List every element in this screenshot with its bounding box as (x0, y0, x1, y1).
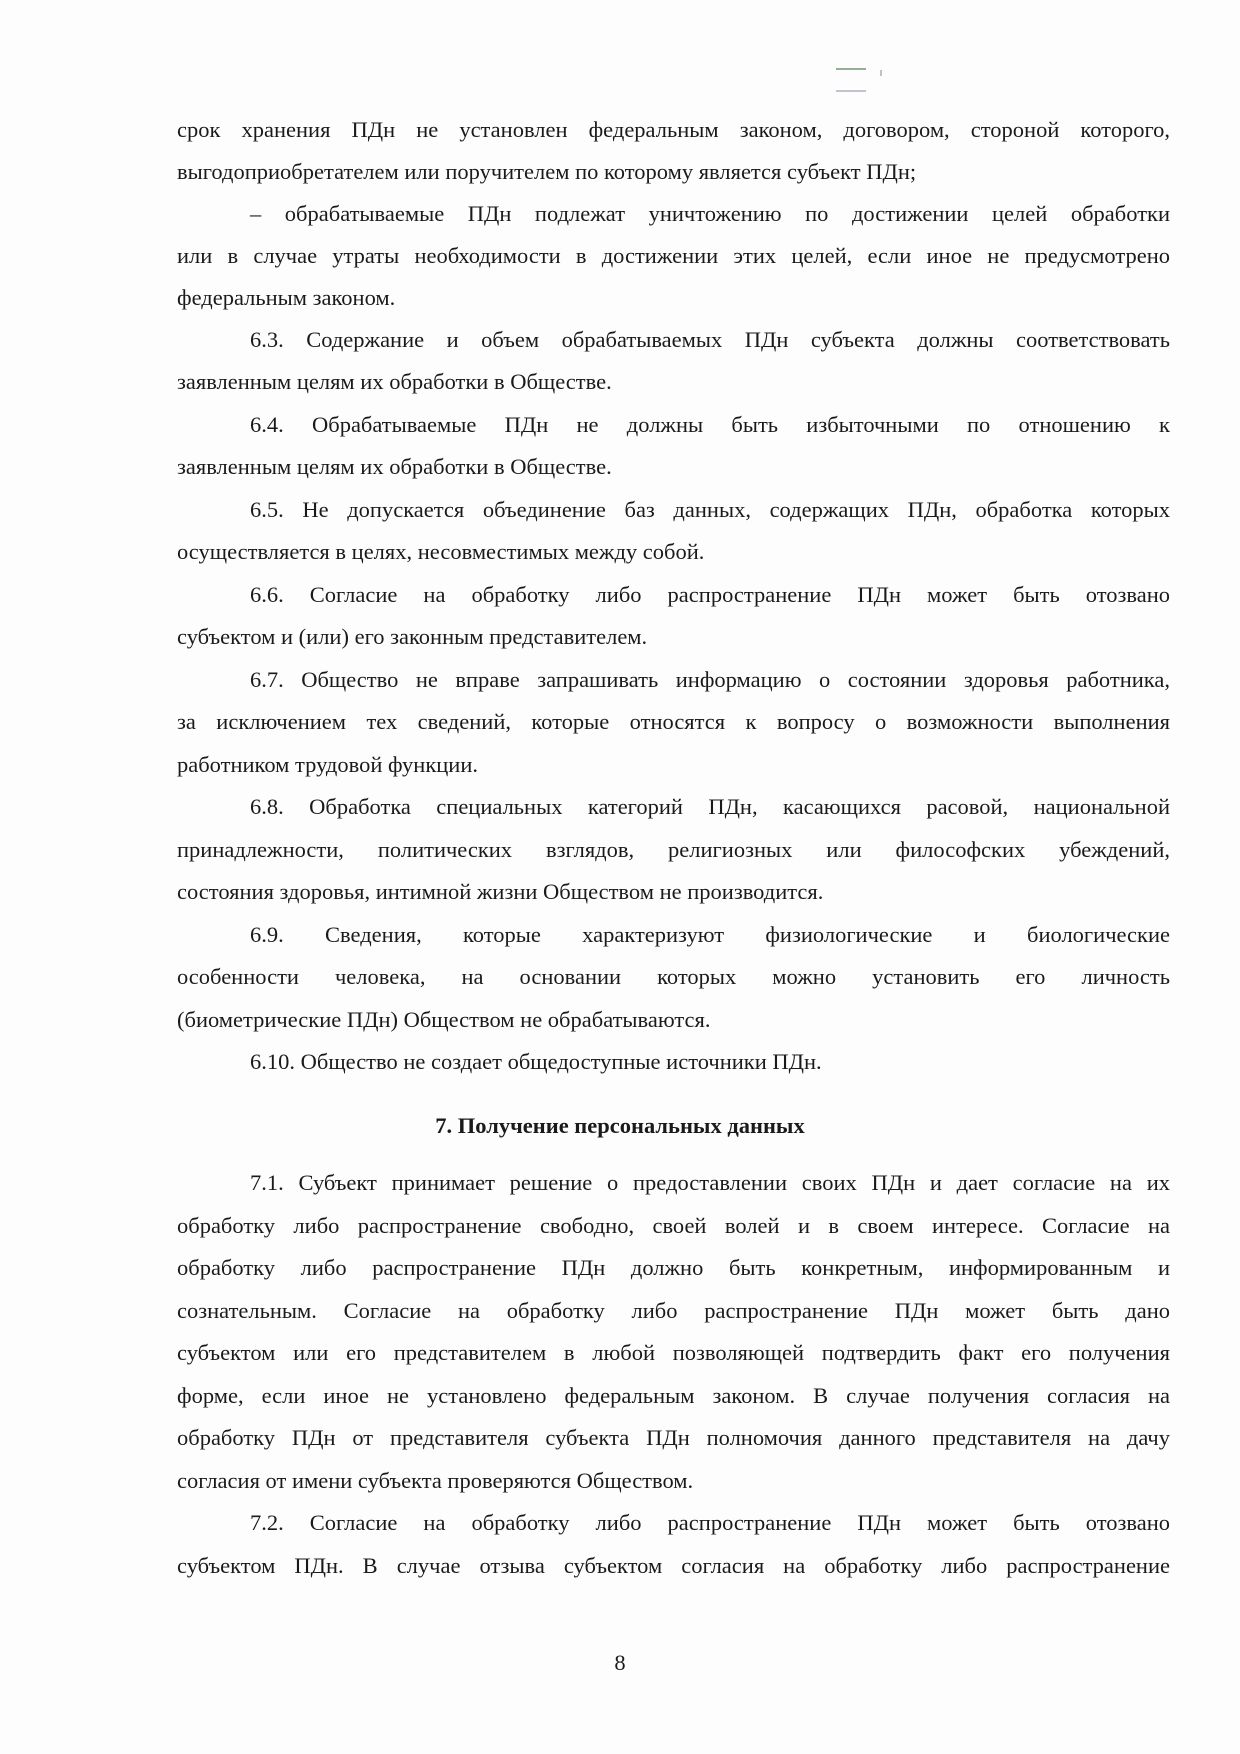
text-line: 6.5. Не допускается объединение баз данн… (250, 495, 1170, 525)
text-line: согласия от имени субъекта проверяются О… (177, 1466, 693, 1496)
scan-artifact (832, 66, 886, 96)
section-heading: 7. Получение персональных данных (0, 1111, 1240, 1141)
text-line: срок хранения ПДн не установлен федераль… (177, 115, 1170, 145)
text-line: выгодоприобретателем или поручителем по … (177, 157, 916, 187)
text-line: субъектом или его представителем в любой… (177, 1338, 1170, 1368)
text-line: 6.10. Общество не создает общедоступные … (250, 1047, 822, 1077)
text-line: 7.2. Согласие на обработку либо распрост… (250, 1508, 1170, 1538)
text-line: особенности человека, на основании котор… (177, 962, 1170, 992)
text-line: обработку либо распространение ПДн должн… (177, 1253, 1170, 1283)
text-line: 7.1. Субъект принимает решение о предост… (250, 1168, 1170, 1198)
text-line: заявленным целям их обработки в Обществе… (177, 367, 612, 397)
text-line: 6.4. Обрабатываемые ПДн не должны быть и… (250, 410, 1170, 440)
text-line: работником трудовой функции. (177, 750, 478, 780)
text-line: за исключением тех сведений, которые отн… (177, 707, 1170, 737)
text-line: сознательным. Согласие на обработку либо… (177, 1296, 1170, 1326)
text-line: состояния здоровья, интимной жизни Общес… (177, 877, 823, 907)
text-line: – обрабатываемые ПДн подлежат уничтожени… (250, 199, 1170, 229)
text-line: обработку либо распространение свободно,… (177, 1211, 1170, 1241)
text-line: или в случае утраты необходимости в дост… (177, 241, 1170, 271)
page-number: 8 (0, 1648, 1240, 1678)
text-line: 6.7. Общество не вправе запрашивать инфо… (250, 665, 1170, 695)
text-line: 6.6. Согласие на обработку либо распрост… (250, 580, 1170, 610)
text-line: 6.9. Сведения, которые характеризуют физ… (250, 920, 1170, 950)
document-page: срок хранения ПДн не установлен федераль… (0, 0, 1240, 1754)
text-line: 6.8. Обработка специальных категорий ПДн… (250, 792, 1170, 822)
text-line: принадлежности, политических взглядов, р… (177, 835, 1170, 865)
text-line: форме, если иное не установлено федераль… (177, 1381, 1170, 1411)
text-line: субъектом ПДн. В случае отзыва субъектом… (177, 1551, 1170, 1581)
text-line: 6.3. Содержание и объем обрабатываемых П… (250, 325, 1170, 355)
text-line: субъектом и (или) его законным представи… (177, 622, 647, 652)
text-line: обработку ПДн от представителя субъекта … (177, 1423, 1170, 1453)
text-line: федеральным законом. (177, 283, 395, 313)
text-line: (биометрические ПДн) Обществом не обраба… (177, 1005, 710, 1035)
text-line: осуществляется в целях, несовместимых ме… (177, 537, 704, 567)
text-line: заявленным целям их обработки в Обществе… (177, 452, 612, 482)
